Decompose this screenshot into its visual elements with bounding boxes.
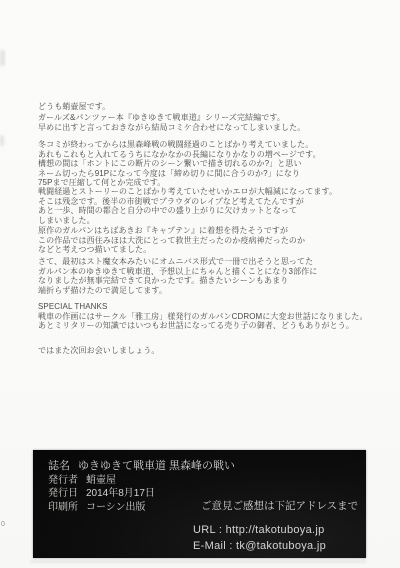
scan-artifact — [30, 560, 366, 563]
colophon-label: 印刷所 — [48, 501, 78, 515]
afterword-farewell: ではまた次回お会いしましょう。 — [38, 346, 378, 356]
contact-note: ご意見ご感想は下記アドレスまで — [201, 498, 358, 513]
special-thanks: SPECIAL THANKS 戦車の作画にはサークル「雅工房」様発行のガルパンC… — [38, 302, 378, 331]
afterword-inspiration-note: 原作のガルパンはちばあきお『キャプテン』に着想を得たそうですが この作品では西住… — [38, 226, 378, 255]
colophon-label: 誌名 — [48, 460, 70, 474]
afterword-production-note: 冬コミが終わってからは黒森峰戦の戦闘経過のことばかり考えていました。 あれもこれ… — [38, 140, 378, 188]
colophon-row-publisher: 発行者 蛸壷屋 — [48, 474, 235, 488]
email-address: E-Mail : tk@takotuboya.jp — [193, 539, 326, 555]
afterword-series-note: さて、最初はスト魔女本みたいにオムニバス形式で一冊で出そうと思ってた ガルパン本… — [38, 257, 378, 295]
afterword-content-note: 戦闘経過とストーリーのことばかり考えていたせいかエロが大幅減になってます。 そこ… — [38, 187, 378, 225]
afterword-greeting: どうも蛸壷屋です。 — [38, 102, 378, 112]
scanned-afterword-page: どうも蛸壷屋です。 ガールズ&パンツァー本『ゆきゆきて戦車道』シリーズ完結編です… — [0, 0, 400, 568]
scan-artifact — [0, 135, 4, 146]
afterword-release-note: ガールズ&パンツァー本『ゆきゆきて戦車道』シリーズ完結編です。 早めに出すと言っ… — [38, 113, 378, 132]
publisher-name: 蛸壷屋 — [86, 474, 116, 488]
printer-name: コーシン出版 — [86, 501, 146, 515]
colophon-label: 発行日 — [48, 487, 78, 501]
colophon-box: 誌名 ゆきゆきて戦車道 黒森峰の戦い 発行者 蛸壷屋 発行日 2014年8月17… — [33, 450, 366, 558]
scan-artifact — [0, 50, 5, 66]
contact-lines: URL : http://takotuboya.jp E-Mail : tk@t… — [193, 523, 326, 554]
book-title: ゆきゆきて戦車道 黒森峰の戦い — [78, 460, 235, 474]
page-number: 0 — [1, 521, 5, 528]
website-url: URL : http://takotuboya.jp — [193, 523, 326, 539]
colophon-row-title: 誌名 ゆきゆきて戦車道 黒森峰の戦い — [48, 460, 235, 474]
colophon-label: 発行者 — [48, 474, 78, 488]
publication-date: 2014年8月17日 — [86, 487, 155, 501]
